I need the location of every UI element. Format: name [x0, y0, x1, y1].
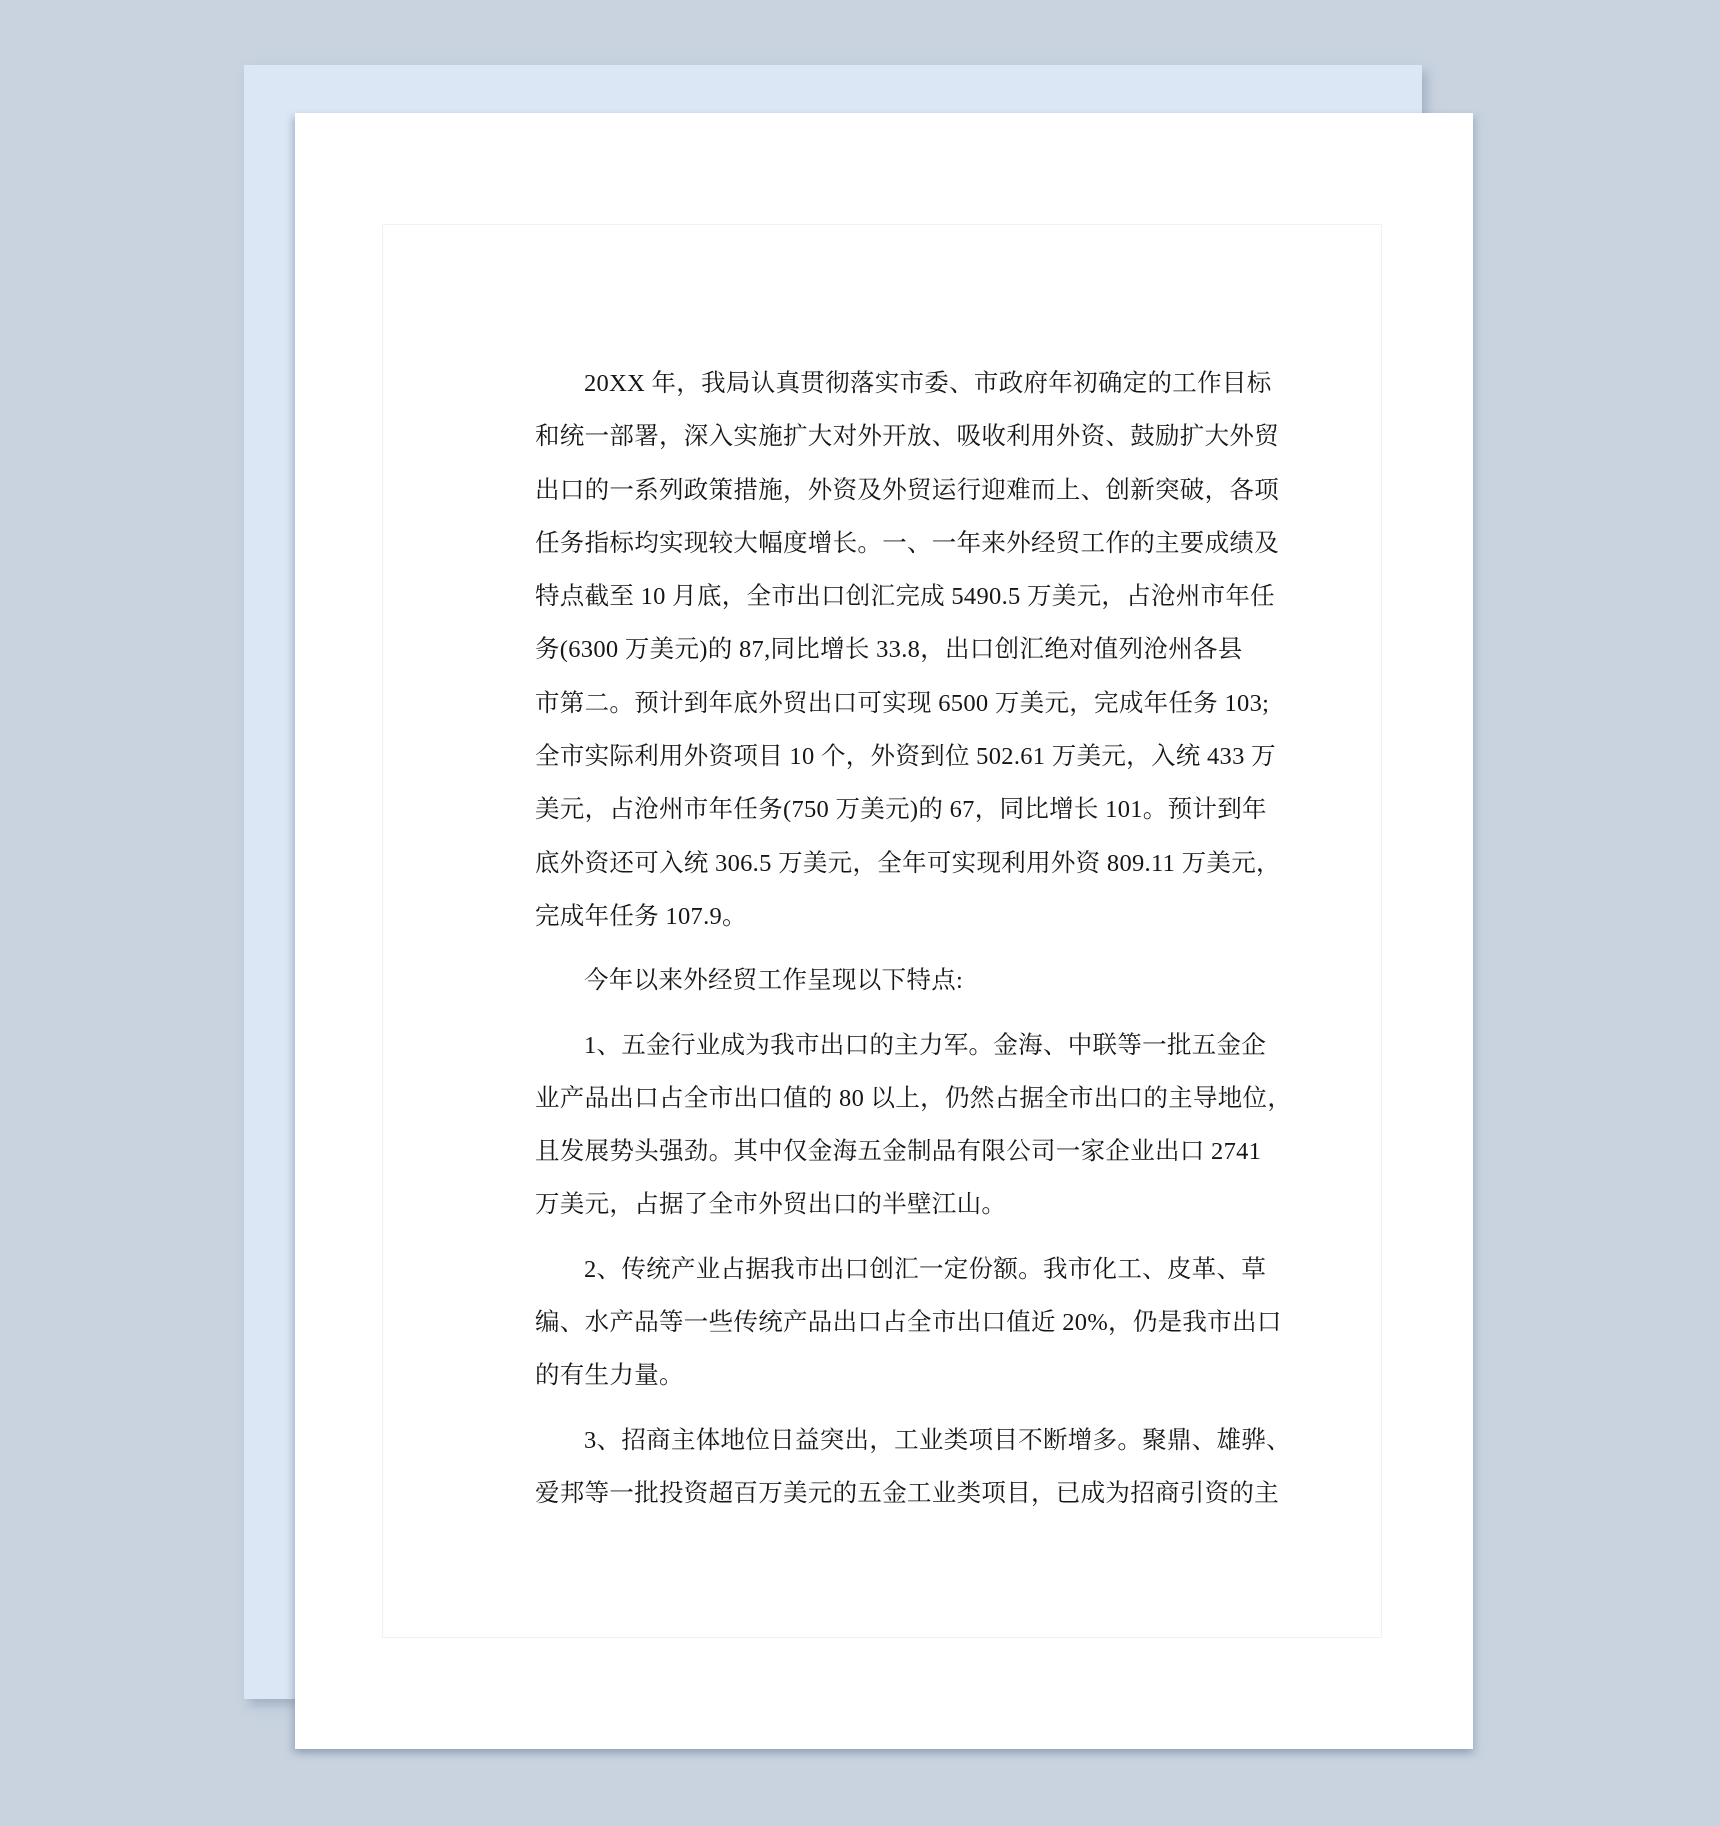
text-line: 编、水产品等一些传统产品出口占全市出口值近 20%，仍是我市出口: [535, 1296, 1275, 1349]
text-line: 市第二。预计到年底外贸出口可实现 6500 万美元，完成年任务 103;: [535, 677, 1275, 730]
text-line: 的有生力量。: [535, 1349, 1275, 1402]
text-line: 出口的一系列政策措施，外资及外贸运行迎难而上、创新突破，各项: [535, 464, 1275, 517]
paragraph-point-2: 2、传统产业占据我市出口创汇一定份额。我市化工、皮革、草 编、水产品等一些传统产…: [535, 1243, 1275, 1403]
document-page: 20XX 年，我局认真贯彻落实市委、市政府年初确定的工作目标 和统一部署，深入实…: [295, 113, 1473, 1749]
text-line: 全市实际利用外资项目 10 个，外资到位 502.61 万美元，入统 433 万: [535, 730, 1275, 783]
paragraph-point-1: 1、五金行业成为我市出口的主力军。金海、中联等一批五金企 业产品出口占全市出口值…: [535, 1019, 1275, 1232]
paragraph-summary: 20XX 年，我局认真贯彻落实市委、市政府年初确定的工作目标 和统一部署，深入实…: [535, 357, 1275, 943]
text-line: 和统一部署，深入实施扩大对外开放、吸收利用外资、鼓励扩大外贸: [535, 410, 1275, 463]
text-line: 任务指标均实现较大幅度增长。一、一年来外经贸工作的主要成绩及: [535, 517, 1275, 570]
text-line: 特点截至 10 月底，全市出口创汇完成 5490.5 万美元，占沧州市年任: [535, 570, 1275, 623]
text-line: 20XX 年，我局认真贯彻落实市委、市政府年初确定的工作目标: [535, 357, 1275, 410]
text-line: 2、传统产业占据我市出口创汇一定份额。我市化工、皮革、草: [535, 1243, 1275, 1296]
text-line: 爱邦等一批投资超百万美元的五金工业类项目，已成为招商引资的主: [535, 1467, 1275, 1520]
text-line: 1、五金行业成为我市出口的主力军。金海、中联等一批五金企: [535, 1019, 1275, 1072]
text-line: 3、招商主体地位日益突出，工业类项目不断增多。聚鼎、雄骅、: [535, 1414, 1275, 1467]
text-line: 业产品出口占全市出口值的 80 以上，仍然占据全市出口的主导地位，: [535, 1072, 1275, 1125]
text-line: 美元，占沧州市年任务(750 万美元)的 67，同比增长 101。预计到年: [535, 783, 1275, 836]
text-line: 完成年任务 107.9。: [535, 890, 1275, 943]
document-body-text: 20XX 年，我局认真贯彻落实市委、市政府年初确定的工作目标 和统一部署，深入实…: [383, 225, 1381, 1520]
text-line: 务(6300 万美元)的 87,同比增长 33.8，出口创汇绝对值列沧州各县: [535, 623, 1275, 676]
text-line: 底外资还可入统 306.5 万美元，全年可实现利用外资 809.11 万美元，: [535, 837, 1275, 890]
text-line: 且发展势头强劲。其中仅金海五金制品有限公司一家企业出口 2741: [535, 1125, 1275, 1178]
paragraph-features-intro: 今年以来外经贸工作呈现以下特点:: [535, 954, 1275, 1007]
desktop-background: { "colors": { "background": "#c8d3df", "…: [0, 0, 1720, 1826]
document-preview-area: 20XX 年，我局认真贯彻落实市委、市政府年初确定的工作目标 和统一部署，深入实…: [382, 224, 1382, 1638]
text-line: 今年以来外经贸工作呈现以下特点:: [535, 954, 1275, 1007]
paragraph-point-3: 3、招商主体地位日益突出，工业类项目不断增多。聚鼎、雄骅、 爱邦等一批投资超百万…: [535, 1414, 1275, 1521]
text-line: 万美元，占据了全市外贸出口的半壁江山。: [535, 1178, 1275, 1231]
